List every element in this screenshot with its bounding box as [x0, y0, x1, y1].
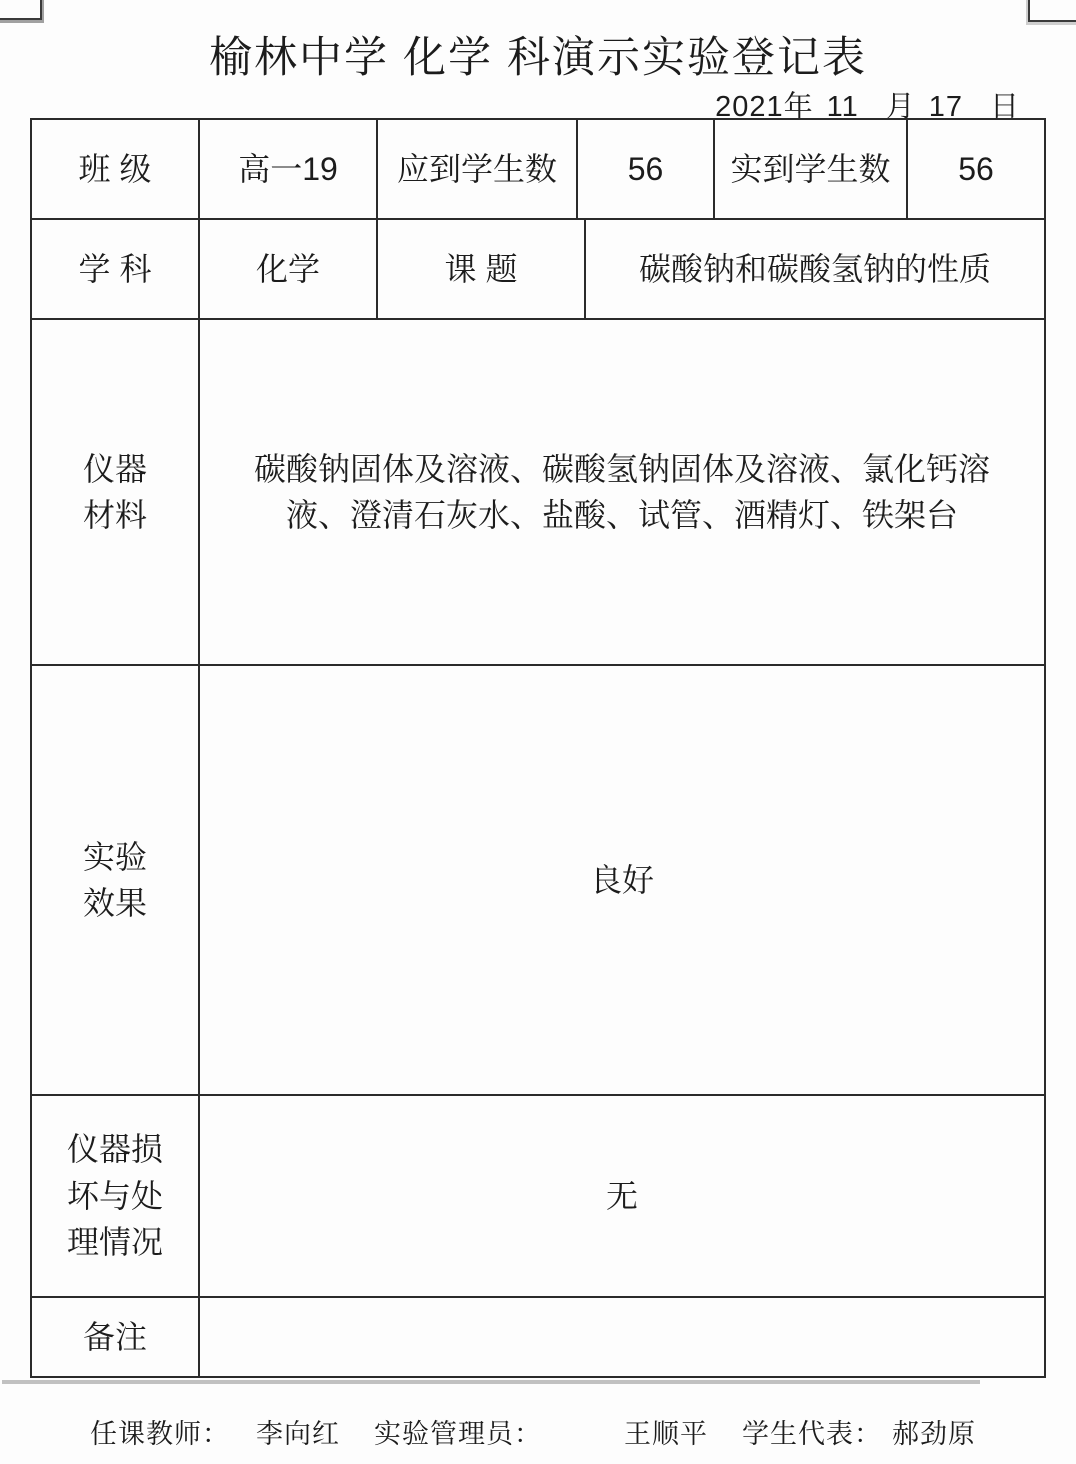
table-row-class: 班 级 高一19 应到学生数 56 实到学生数 56 — [32, 120, 1044, 220]
actual-students-label-cell: 实到学生数 — [715, 120, 908, 218]
remarks-label-cell: 备注 — [32, 1298, 200, 1376]
expected-students-value-cell: 56 — [578, 120, 715, 218]
manager-name: 王顺平 — [624, 1412, 708, 1451]
subject-label-cell: 学 科 — [32, 220, 200, 318]
effect-value-cell: 良好 — [200, 666, 1044, 1094]
scan-shadow-line — [2, 1380, 980, 1384]
representative-name: 郝劲原 — [892, 1412, 976, 1451]
table-row-remarks: 备注 — [32, 1298, 1044, 1376]
scan-corner-mark-top-right — [1028, 0, 1076, 22]
remarks-value-cell — [200, 1298, 1044, 1376]
teacher-label: 任课教师： — [90, 1412, 230, 1451]
page-title: 榆林中学 化学 科演示实验登记表 — [0, 24, 1076, 85]
manager-label: 实验管理员： — [374, 1412, 542, 1451]
teacher-name: 李向红 — [256, 1412, 340, 1451]
signature-line: 任课教师： 李向红 实验管理员： 王顺平 学生代表： 郝劲原 — [90, 1412, 976, 1451]
class-label-cell: 班 级 — [32, 120, 200, 218]
registration-form-table: 班 级 高一19 应到学生数 56 实到学生数 56 学 科 化学 课 题 碳酸… — [30, 118, 1046, 1378]
table-row-effect: 实验 效果 良好 — [32, 666, 1044, 1096]
representative-label: 学生代表： — [742, 1412, 882, 1451]
topic-label-cell: 课 题 — [378, 220, 586, 318]
actual-students-value-cell: 56 — [908, 120, 1044, 218]
scan-corner-mark-top-left — [0, 0, 42, 20]
topic-value-cell: 碳酸钠和碳酸氢钠的性质 — [586, 220, 1044, 318]
table-row-damage: 仪器损 坏与处 理情况 无 — [32, 1096, 1044, 1298]
table-row-subject: 学 科 化学 课 题 碳酸钠和碳酸氢钠的性质 — [32, 220, 1044, 320]
table-row-materials: 仪器 材料 碳酸钠固体及溶液、碳酸氢钠固体及溶液、氯化钙溶 液、澄清石灰水、盐酸… — [32, 320, 1044, 666]
class-value-cell: 高一19 — [200, 120, 378, 218]
materials-label-cell: 仪器 材料 — [32, 320, 200, 664]
damage-value-cell: 无 — [200, 1096, 1044, 1296]
scanned-form-page: 榆林中学 化学 科演示实验登记表 2021年 11 月 17 日 班 级 高一1… — [0, 0, 1076, 1464]
materials-text: 碳酸钠固体及溶液、碳酸氢钠固体及溶液、氯化钙溶 液、澄清石灰水、盐酸、试管、酒精… — [232, 446, 1012, 539]
damage-label-cell: 仪器损 坏与处 理情况 — [32, 1096, 200, 1296]
materials-value-cell: 碳酸钠固体及溶液、碳酸氢钠固体及溶液、氯化钙溶 液、澄清石灰水、盐酸、试管、酒精… — [200, 320, 1044, 664]
subject-value-cell: 化学 — [200, 220, 378, 318]
expected-students-label-cell: 应到学生数 — [378, 120, 578, 218]
effect-label-cell: 实验 效果 — [32, 666, 200, 1094]
